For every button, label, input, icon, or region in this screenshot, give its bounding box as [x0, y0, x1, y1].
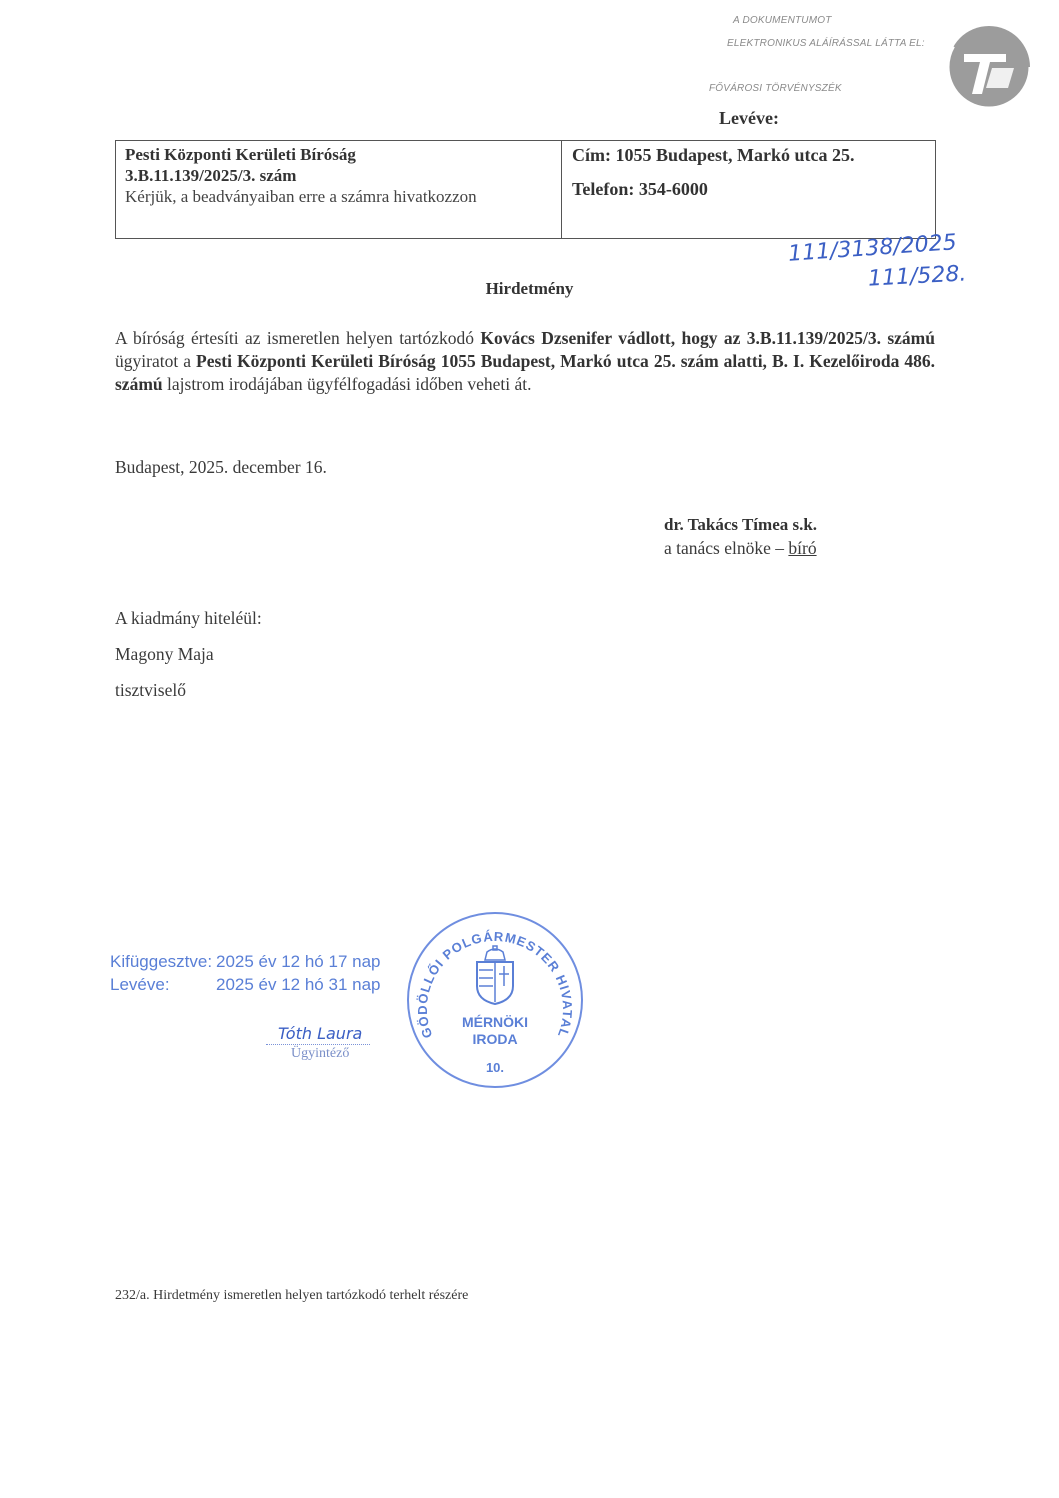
certification-name: Magony Maja [115, 644, 214, 665]
esig-line-3: FŐVÁROSI TÖRVÉNYSZÉK [709, 83, 842, 94]
seal-center-line-2: IRODA [409, 1031, 581, 1047]
court-name: Pesti Központi Kerületi Bíróság [125, 144, 561, 165]
case-number: 3.B.11.139/2025/3. szám [125, 165, 561, 186]
certification-title: tisztviselő [115, 680, 186, 701]
notice-text-end: lajstrom irodájában ügyfélfogadási időbe… [163, 374, 532, 394]
judge-role-title: bíró [788, 538, 816, 558]
removed-label: Levéve: [110, 975, 170, 995]
document-title: Hirdetmény [0, 279, 1059, 299]
removed-label-top: Levéve: [719, 108, 779, 129]
court-phone: Telefon: 354-6000 [572, 178, 935, 200]
seal-center-line-1: MÉRNÖKI [409, 1014, 581, 1030]
notice-text-start: A bíróság értesíti az ismeretlen helyen … [115, 328, 480, 348]
footer-form-note: 232/a. Hirdetmény ismeretlen helyen tart… [115, 1288, 468, 1304]
hungarian-coat-of-arms-icon [473, 944, 517, 1011]
court-logo-icon [946, 24, 1032, 115]
judge-role: a tanács elnöke – bíró [664, 538, 817, 559]
judge-name: dr. Takács Tímea s.k. [664, 515, 817, 535]
notice-text-defendant: Kovács Dzsenifer vádlott, hogy az 3.B.11… [480, 328, 935, 348]
removed-value: 2025 év 12 hó 31 nap [216, 975, 380, 995]
esig-line-1: A DOKUMENTUMOT [733, 15, 832, 26]
clerk-signature: Tóth Laura [278, 1024, 362, 1043]
certification-label: A kiadmány hiteléül: [115, 608, 262, 629]
judge-role-prefix: a tanács elnöke – [664, 538, 788, 558]
header-contact-cell: Cím: 1055 Budapest, Markó utca 25. Telef… [562, 141, 935, 238]
seal-number: 10. [409, 1060, 581, 1075]
posted-value: 2025 év 12 hó 17 nap [216, 952, 380, 972]
notice-paragraph: A bíróság értesíti az ismeretlen helyen … [115, 327, 935, 396]
court-address: Cím: 1055 Budapest, Markó utca 25. [572, 144, 935, 166]
place-date: Budapest, 2025. december 16. [115, 457, 327, 478]
header-table: Pesti Központi Kerületi Bíróság 3.B.11.1… [115, 140, 936, 239]
round-seal: GÖDÖLLŐI POLGÁRMESTER HIVATAL MÉRNÖKI IR… [407, 912, 583, 1088]
header-court-cell: Pesti Központi Kerületi Bíróság 3.B.11.1… [116, 141, 562, 238]
esig-line-2: ELEKTRONIKUS ALÁÍRÁSSAL LÁTTA EL: [727, 38, 925, 49]
clerk-label: Ügyintéző [291, 1046, 349, 1062]
posted-label: Kifüggesztve: [110, 952, 212, 972]
reference-note: Kérjük, a beadványaiban erre a számra hi… [125, 186, 561, 208]
signature-line [266, 1044, 370, 1045]
notice-text-mid: ügyiratot a [115, 351, 196, 371]
